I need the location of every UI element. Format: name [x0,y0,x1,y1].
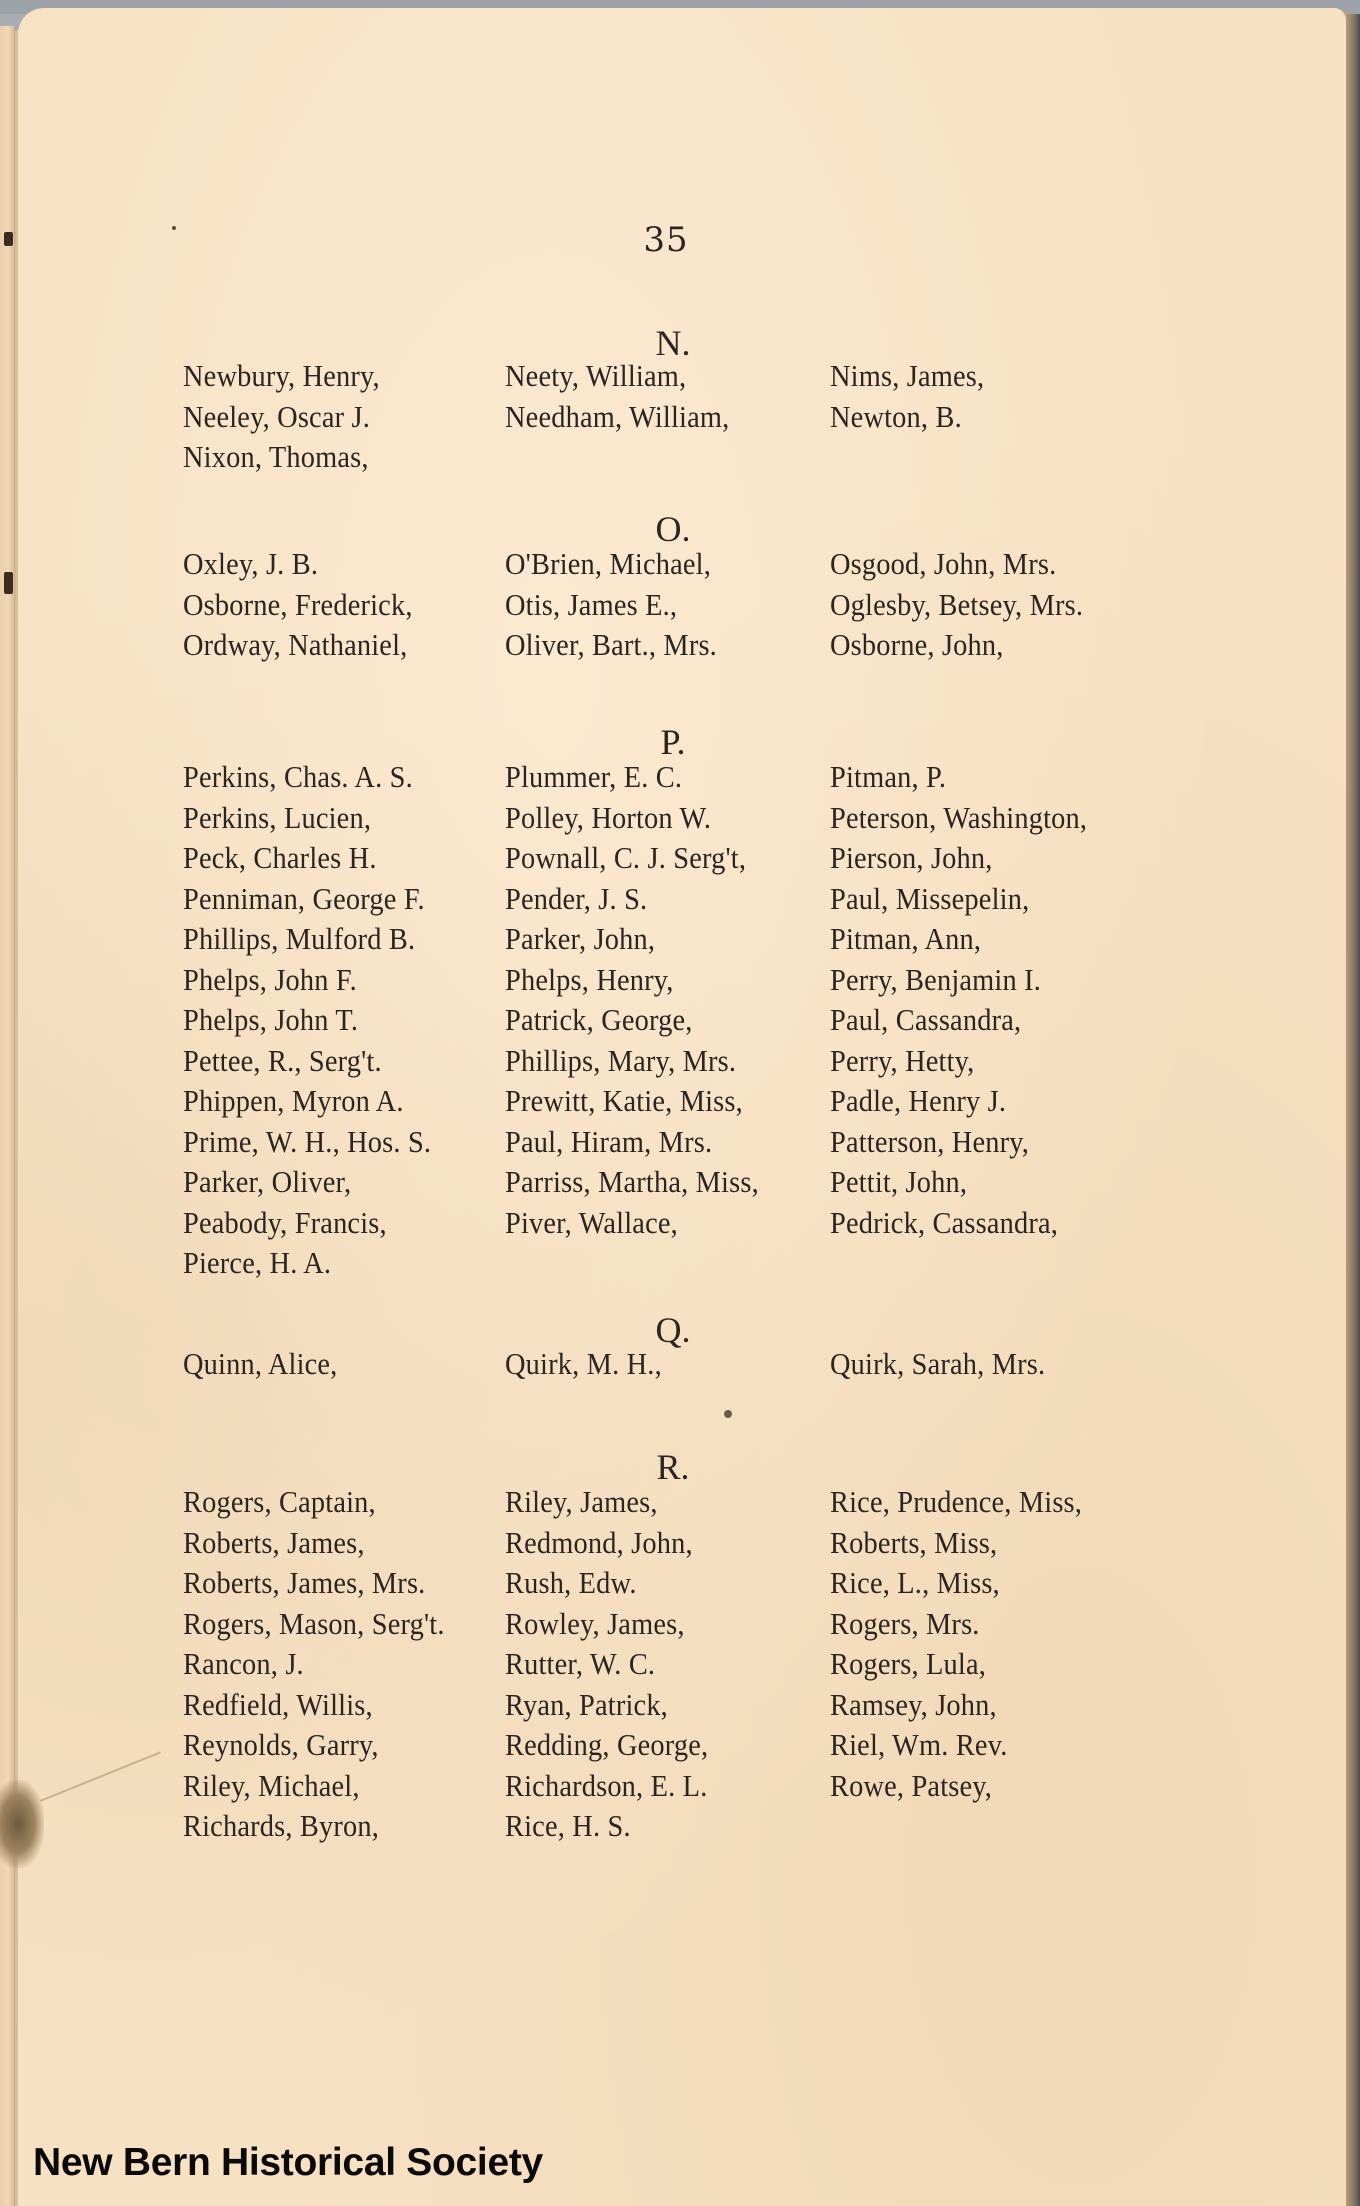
name-entry: Redding, George, [505,1728,708,1763]
name-entry: Nims, James, [830,359,984,394]
name-row: Phillips, Mulford B.Parker, John,Pitman,… [18,922,1346,962]
name-entry: Rogers, Captain, [183,1485,376,1520]
name-row: Parker, Oliver,Parriss, Martha, Miss,Pet… [18,1165,1346,1205]
name-row: Peabody, Francis,Piver, Wallace,Pedrick,… [18,1206,1346,1246]
name-entry: Quirk, Sarah, Mrs. [830,1347,1045,1382]
book-page: 35 N.Newbury, Henry,Neety, William,Nims,… [18,8,1346,2206]
name-entry: Peterson, Washington, [830,801,1087,836]
name-entry: Osborne, Frederick, [183,588,413,623]
section-heading-p: P. [18,721,1328,763]
name-entry: Piver, Wallace, [505,1206,678,1241]
name-entry: Rowley, James, [505,1607,685,1642]
facing-page-edge [0,26,14,2206]
name-row: Phelps, John T.Patrick, George,Paul, Cas… [18,1003,1346,1043]
name-row: Perkins, Lucien,Polley, Horton W.Peterso… [18,801,1346,841]
name-row: Ordway, Nathaniel,Oliver, Bart., Mrs.Osb… [18,628,1346,668]
name-entry: Redmond, John, [505,1526,693,1561]
name-row: Riley, Michael,Richardson, E. L.Rowe, Pa… [18,1769,1346,1809]
name-entry: Neety, William, [505,359,686,394]
name-entry: Reynolds, Garry, [183,1728,379,1763]
name-row: Oxley, J. B.O'Brien, Michael,Osgood, Joh… [18,547,1346,587]
name-entry: Paul, Missepelin, [830,882,1029,917]
name-entry: Ramsey, John, [830,1688,997,1723]
name-entry: Rogers, Mason, Serg't. [183,1607,445,1642]
name-entry: Perry, Benjamin I. [830,963,1041,998]
name-row: Rogers, Captain,Riley, James,Rice, Prude… [18,1485,1346,1525]
name-row: Prime, W. H., Hos. S.Paul, Hiram, Mrs.Pa… [18,1125,1346,1165]
name-entry: Phillips, Mary, Mrs. [505,1044,736,1079]
name-entry: Ryan, Patrick, [505,1688,668,1723]
name-row: Richards, Byron,Rice, H. S. [18,1809,1346,1849]
name-entry: Plummer, E. C. [505,760,682,795]
name-entry: Quirk, M. H., [505,1347,662,1382]
name-entry: Pitman, Ann, [830,922,981,957]
name-entry: Roberts, James, Mrs. [183,1566,425,1601]
name-entry: Neeley, Oscar J. [183,400,370,435]
name-entry: Newbury, Henry, [183,359,380,394]
name-entry: Redfield, Willis, [183,1688,373,1723]
name-entry: Roberts, Miss, [830,1526,997,1561]
name-entry: Pitman, P. [830,760,946,795]
name-entry: Padle, Henry J. [830,1084,1006,1119]
name-row: Peck, Charles H.Pownall, C. J. Serg't,Pi… [18,841,1346,881]
name-row: Rancon, J.Rutter, W. C.Rogers, Lula, [18,1647,1346,1687]
name-row: Redfield, Willis,Ryan, Patrick,Ramsey, J… [18,1688,1346,1728]
name-entry: Richardson, E. L. [505,1769,707,1804]
name-entry: Phippen, Myron A. [183,1084,404,1119]
name-entry: Paul, Cassandra, [830,1003,1021,1038]
name-entry: Paul, Hiram, Mrs. [505,1125,712,1160]
page-number: 35 [18,220,1314,260]
name-row: Roberts, James,Redmond, John,Roberts, Mi… [18,1526,1346,1566]
name-row: Quinn, Alice,Quirk, M. H.,Quirk, Sarah, … [18,1347,1346,1387]
name-row: Perkins, Chas. A. S.Plummer, E. C.Pitman… [18,760,1346,800]
name-row: Rogers, Mason, Serg't.Rowley, James,Roge… [18,1607,1346,1647]
name-entry: Perkins, Lucien, [183,801,371,836]
section-heading-q: Q. [18,1309,1328,1351]
name-row: Phippen, Myron A.Prewitt, Katie, Miss,Pa… [18,1084,1346,1124]
name-entry: Otis, James E., [505,588,677,623]
name-entry: Pettee, R., Serg't. [183,1044,382,1079]
page-content: 35 N.Newbury, Henry,Neety, William,Nims,… [18,8,1346,2206]
name-entry: Perry, Hetty, [830,1044,974,1079]
name-entry: Newton, B. [830,400,962,435]
name-row: Osborne, Frederick,Otis, James E.,Oglesb… [18,588,1346,628]
name-row: Pierce, H. A. [18,1246,1346,1286]
name-entry: Rogers, Mrs. [830,1607,980,1642]
ink-speck [172,226,176,230]
name-entry: Osborne, John, [830,628,1004,663]
name-entry: Riley, Michael, [183,1769,360,1804]
name-entry: Oglesby, Betsey, Mrs. [830,588,1083,623]
name-entry: Parker, Oliver, [183,1165,351,1200]
name-entry: Peabody, Francis, [183,1206,387,1241]
binding-mark [4,232,13,246]
name-entry: Rice, Prudence, Miss, [830,1485,1082,1520]
name-entry: Pender, J. S. [505,882,647,917]
name-entry: Perkins, Chas. A. S. [183,760,413,795]
name-entry: O'Brien, Michael, [505,547,711,582]
name-entry: Phillips, Mulford B. [183,922,415,957]
name-entry: Nixon, Thomas, [183,440,369,475]
name-entry: Patterson, Henry, [830,1125,1029,1160]
name-row: Phelps, John F.Phelps, Henry,Perry, Benj… [18,963,1346,1003]
name-entry: Rowe, Patsey, [830,1769,992,1804]
name-entry: Rice, H. S. [505,1809,631,1844]
name-row: Pettee, R., Serg't.Phillips, Mary, Mrs.P… [18,1044,1346,1084]
name-row: Newbury, Henry,Neety, William,Nims, Jame… [18,359,1346,399]
name-entry: Pierson, John, [830,841,993,876]
binding-mark [4,572,13,594]
name-row: Neeley, Oscar J.Needham, William,Newton,… [18,400,1346,440]
name-row: Nixon, Thomas, [18,440,1346,480]
name-entry: Riel, Wm. Rev. [830,1728,1008,1763]
name-entry: Rogers, Lula, [830,1647,986,1682]
name-entry: Rush, Edw. [505,1566,637,1601]
name-row: Reynolds, Garry,Redding, George,Riel, Wm… [18,1728,1346,1768]
name-entry: Osgood, John, Mrs. [830,547,1056,582]
name-entry: Phelps, John T. [183,1003,358,1038]
section-heading-r: R. [18,1446,1328,1488]
name-entry: Polley, Horton W. [505,801,711,836]
name-entry: Oxley, J. B. [183,547,318,582]
name-entry: Phelps, Henry, [505,963,674,998]
name-entry: Prime, W. H., Hos. S. [183,1125,431,1160]
torn-paper-stain [0,1780,44,1868]
name-entry: Pownall, C. J. Serg't, [505,841,746,876]
name-entry: Prewitt, Katie, Miss, [505,1084,743,1119]
name-entry: Parriss, Martha, Miss, [505,1165,759,1200]
name-entry: Oliver, Bart., Mrs. [505,628,717,663]
name-entry: Quinn, Alice, [183,1347,337,1382]
name-entry: Pedrick, Cassandra, [830,1206,1058,1241]
name-entry: Rancon, J. [183,1647,304,1682]
name-entry: Needham, William, [505,400,729,435]
name-entry: Pettit, John, [830,1165,967,1200]
ink-speck [724,1410,732,1418]
watermark-new-bern-historical-society: New Bern Historical Society [33,2141,543,2185]
name-entry: Ordway, Nathaniel, [183,628,407,663]
name-entry: Richards, Byron, [183,1809,379,1844]
section-heading-o: O. [18,508,1328,550]
name-entry: Riley, James, [505,1485,658,1520]
name-entry: Peck, Charles H. [183,841,377,876]
name-row: Penniman, George F.Pender, J. S.Paul, Mi… [18,882,1346,922]
section-heading-n: N. [18,322,1328,364]
name-entry: Patrick, George, [505,1003,693,1038]
name-entry: Rice, L., Miss, [830,1566,1000,1601]
name-entry: Penniman, George F. [183,882,425,917]
name-entry: Rutter, W. C. [505,1647,655,1682]
name-entry: Roberts, James, [183,1526,365,1561]
name-entry: Pierce, H. A. [183,1246,331,1281]
name-row: Roberts, James, Mrs.Rush, Edw.Rice, L., … [18,1566,1346,1606]
name-entry: Phelps, John F. [183,963,357,998]
name-entry: Parker, John, [505,922,655,957]
